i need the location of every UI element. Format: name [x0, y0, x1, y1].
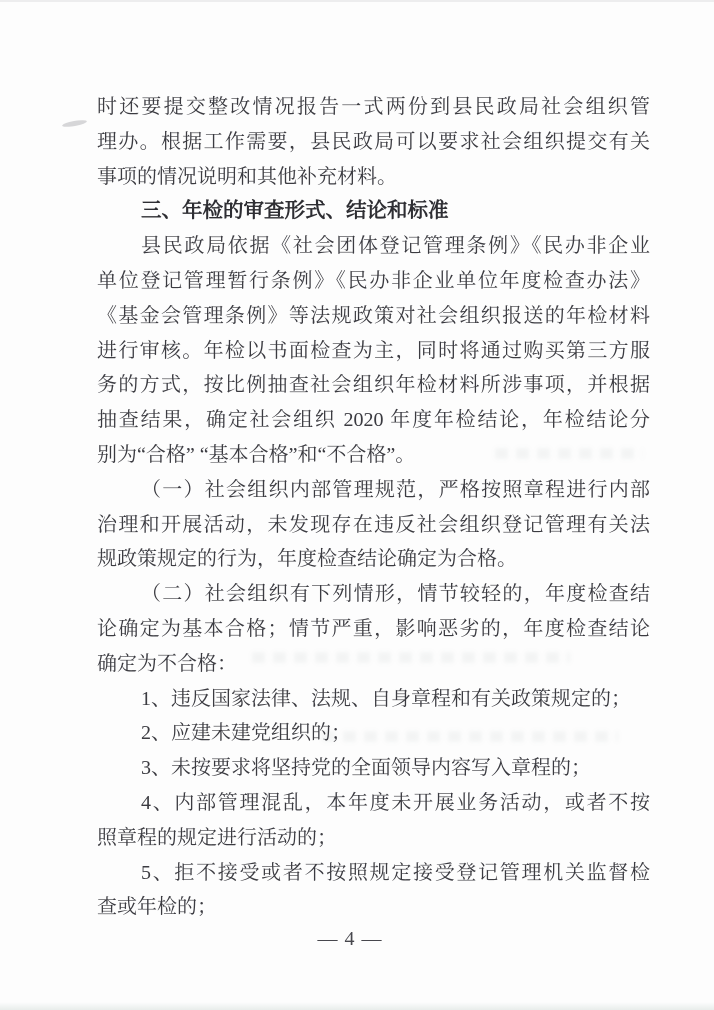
text-line: 抽查结果，确定社会组织 2020 年度年检结论，年检结论分: [97, 403, 650, 438]
text-line: 别为“合格” “基本合格”和“不合格”。: [97, 438, 650, 473]
list-item-line: 1、违反国家法律、法规、自身章程和有关政策规定的；: [97, 682, 650, 717]
page-number: — 4 —: [0, 927, 700, 951]
text-line: 务的方式，按比例抽查社会组织年检材料所涉事项，并根据: [97, 368, 650, 403]
text-line: 单位登记管理暂行条例》《民办非企业单位年度检查办法》: [97, 264, 650, 299]
list-item-line: 5、拒不接受或者不按照规定接受登记管理机关监督检: [97, 856, 650, 891]
text-line: 《基金会管理条例》等法规政策对社会组织报送的年检材料: [97, 299, 650, 334]
text-line: 县民政局依据《社会团体登记管理条例》《民办非企业: [97, 229, 650, 264]
text-line: （一）社会组织内部管理规范，严格按照章程进行内部: [97, 473, 650, 508]
scan-edge-bottom: [0, 1002, 714, 1010]
text-line: （二）社会组织有下列情形，情节较轻的，年度检查结: [97, 577, 650, 612]
document-body: 时还要提交整改情况报告一式两份到县民政局社会组织管 理办。根据工作需要，县民政局…: [97, 90, 650, 925]
text-line: 治理和开展活动，未发现存在违反社会组织登记管理有关法: [97, 508, 650, 543]
section-heading: 三、年检的审查形式、结论和标准: [97, 194, 650, 229]
text-line: 论确定为基本合格；情节严重，影响恶劣的，年度检查结论: [97, 612, 650, 647]
list-item-line: 查或年检的；: [97, 890, 650, 925]
pencil-smudge-artifact: [62, 119, 87, 128]
text-line: 事项的情况说明和其他补充材料。: [97, 160, 650, 195]
list-item-line: 2、应建未建党组织的；: [97, 716, 650, 751]
text-line: 规政策规定的行为，年度检查结论确定为合格。: [97, 542, 650, 577]
text-line: 理办。根据工作需要，县民政局可以要求社会组织提交有关: [97, 125, 650, 160]
text-line: 进行审核。年检以书面检查为主，同时将通过购买第三方服: [97, 334, 650, 369]
list-item-line: 照章程的规定进行活动的；: [97, 821, 650, 856]
scan-edge-top: [0, 0, 714, 2]
text-line: 确定为不合格：: [97, 647, 650, 682]
list-item-line: 3、未按要求将坚持党的全面领导内容写入章程的；: [97, 751, 650, 786]
list-item-line: 4、内部管理混乱，本年度未开展业务活动，或者不按: [97, 786, 650, 821]
text-line: 时还要提交整改情况报告一式两份到县民政局社会组织管: [97, 90, 650, 125]
scanned-page: 时还要提交整改情况报告一式两份到县民政局社会组织管 理办。根据工作需要，县民政局…: [0, 0, 714, 1010]
